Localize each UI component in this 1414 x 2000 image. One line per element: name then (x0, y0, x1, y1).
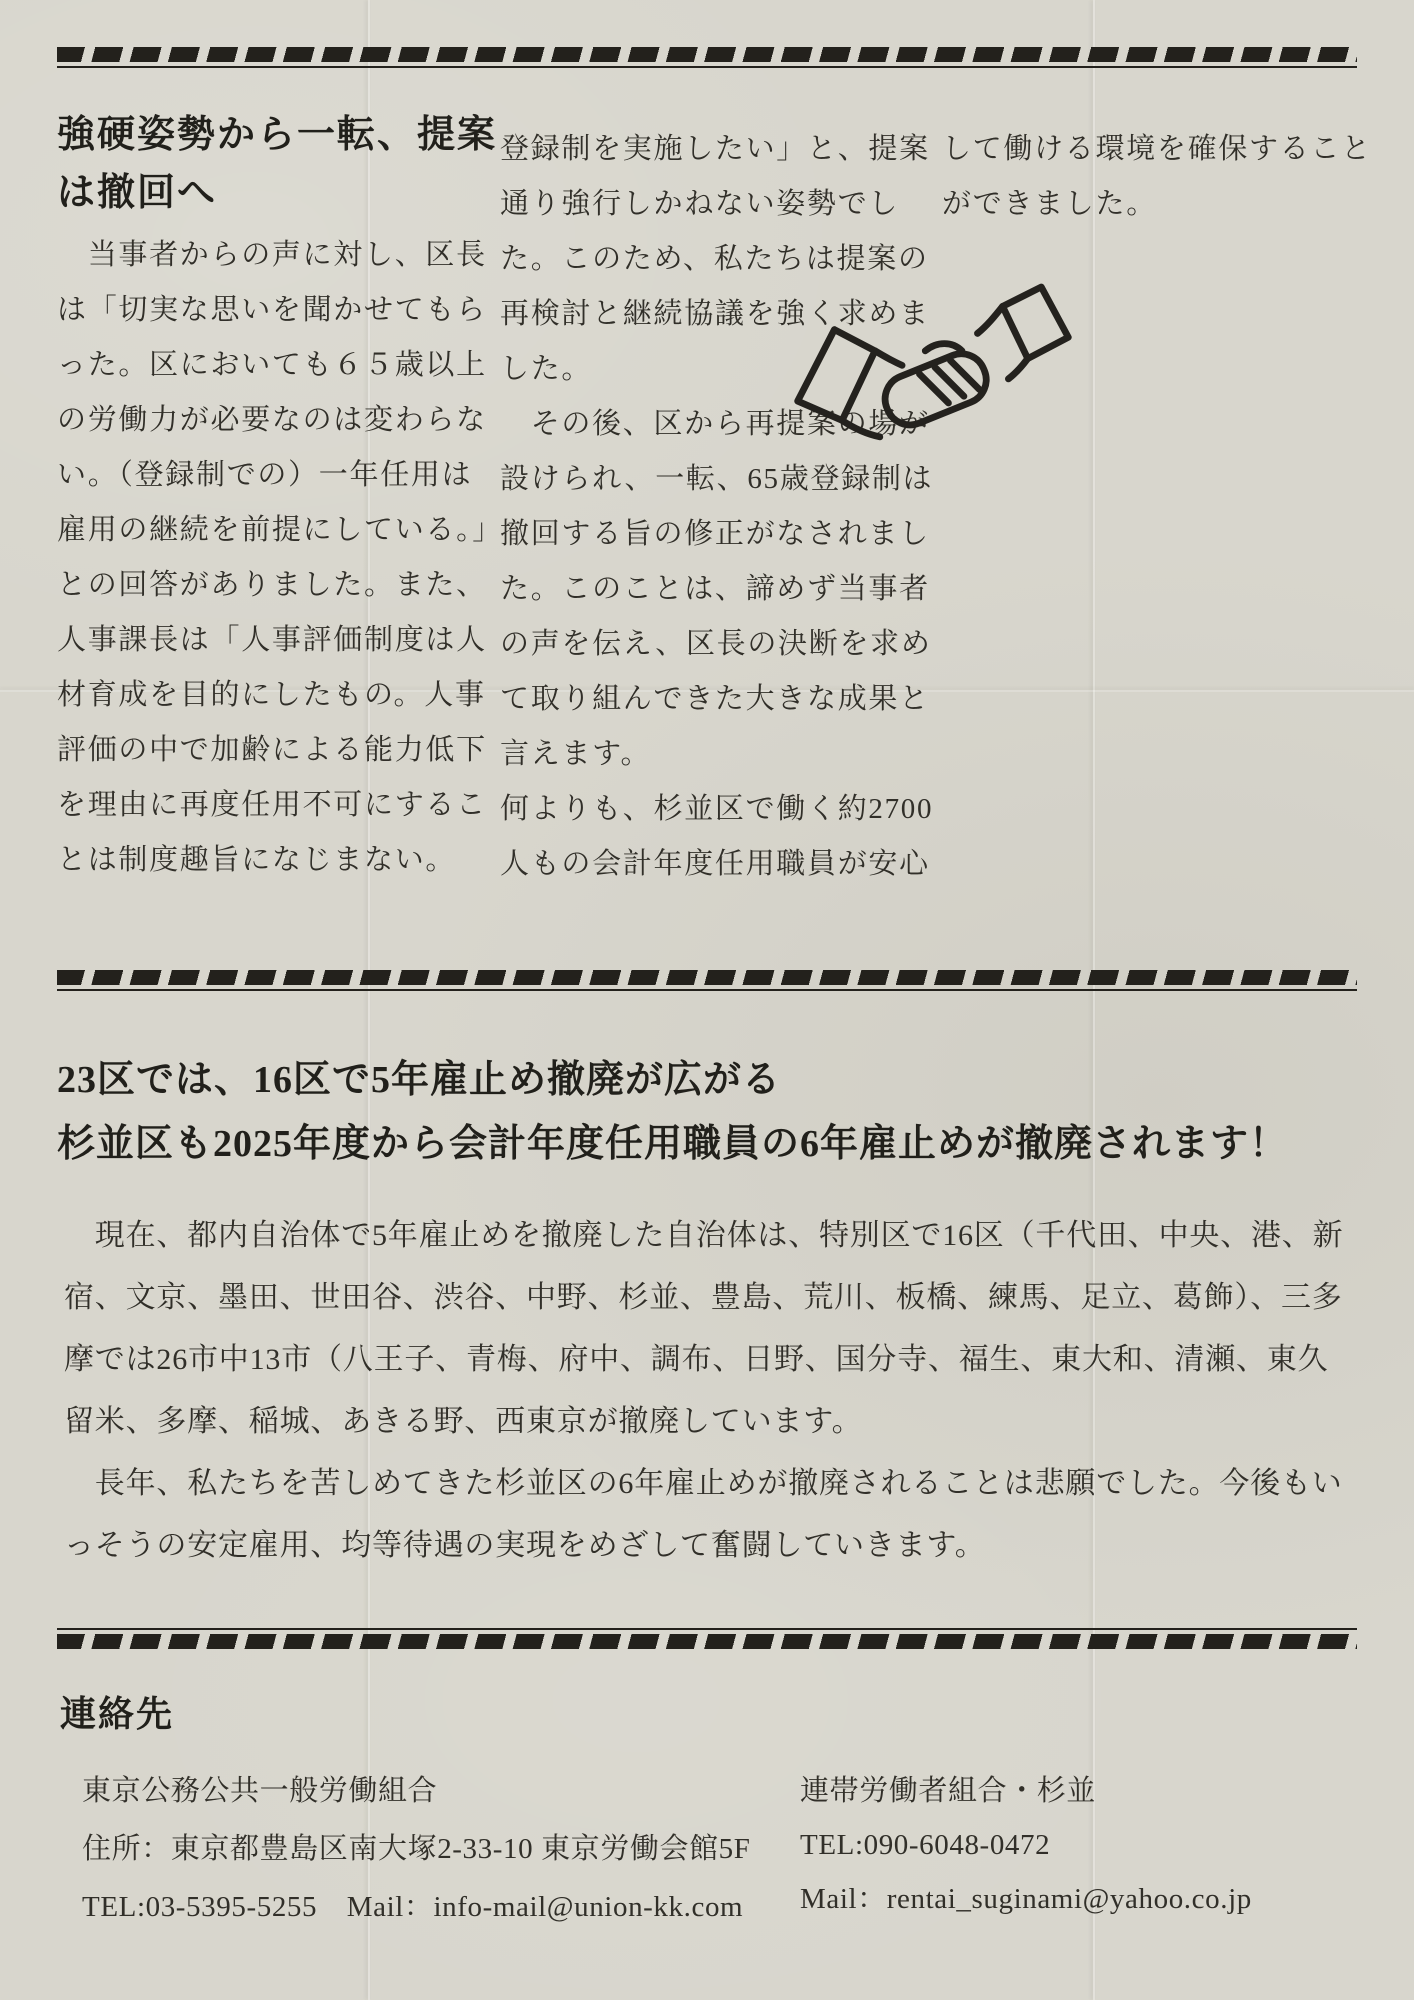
article-line: 材育成を目的にしたもの。人事 (57, 668, 503, 723)
stripe-band (57, 47, 1357, 62)
paragraph-line: 現在、都内自治体で5年雇止めを撤廃した自治体は、特別区で16区（千代田、中央、港… (64, 1205, 1343, 1267)
article-line: 通り強行しかねない姿勢でし (500, 177, 933, 232)
article-heading: 強硬姿勢から一転、提案 は撤回へ (57, 106, 497, 222)
article-heading-line: は撤回へ (57, 164, 497, 222)
article-line: て取り組んできた大きな成果と (500, 672, 933, 727)
article-column-1: 当事者からの声に対し、区長 は「切実な思いを聞かせてもら った。区においても６５… (57, 228, 503, 888)
article-line: は「切実な思いを聞かせてもら (57, 283, 503, 338)
stripe-band (57, 970, 1357, 985)
contact-org: 東京公務公共一般労働組合 (82, 1762, 751, 1820)
article-line: 当事者からの声に対し、区長 (57, 228, 503, 283)
contact-tel-mail: TEL:03-5395-5255 Mail：info-mail@union-kk… (82, 1878, 751, 1936)
article-line: との回答がありました。また、 (57, 558, 503, 613)
contact-tel: TEL:090-6048-0472 (800, 1818, 1252, 1872)
section2-heading: 23区では、16区で5年雇止め撤廃が広がる 杉並区も2025年度から会計年度任用… (57, 1048, 1288, 1176)
paragraph-line: 摩では26市中13市（八王子、青梅、府中、調布、日野、国分寺、福生、東大和、清瀬… (64, 1329, 1343, 1391)
paragraph-line: 宿、文京、墨田、世田谷、渋谷、中野、杉並、豊島、荒川、板橋、練馬、足立、葛飾）、… (64, 1267, 1343, 1329)
hazard-stripe-divider-middle (57, 970, 1357, 991)
article-line: して働ける環境を確保すること (942, 122, 1372, 177)
divider-rule (57, 989, 1357, 991)
paragraph-line: っそうの安定雇用、均等待遇の実現をめざして奮闘していきます。 (64, 1515, 1343, 1577)
stripe-band (57, 1634, 1357, 1649)
handshake-icon (788, 282, 1078, 468)
article-line: ができました。 (942, 177, 1372, 232)
section2-heading-line: 杉並区も2025年度から会計年度任用職員の6年雇止めが撤廃されます！ (57, 1112, 1288, 1176)
article-line: た。このことは、諦めず当事者 (500, 562, 933, 617)
hazard-stripe-divider-bottom (57, 1628, 1357, 1649)
article-line: 人事課長は「人事評価制度は人 (57, 613, 503, 668)
contact-mail: Mail：rentai_suginami@yahoo.co.jp (800, 1872, 1252, 1926)
article-line: い。（登録制での）一年任用は (57, 448, 503, 503)
contact-heading: 連絡先 (60, 1686, 174, 1737)
paper-crease-vertical (1093, 0, 1095, 2000)
contact-block-left: 東京公務公共一般労働組合 住所：東京都豊島区南大塚2-33-10 東京労働会館5… (82, 1762, 751, 1936)
contact-block-right: 連帯労働者組合・杉並 TEL:090-6048-0472 Mail：rentai… (800, 1764, 1252, 1926)
article-line: 人もの会計年度任用職員が安心 (500, 837, 933, 892)
contact-address: 住所：東京都豊島区南大塚2-33-10 東京労働会館5F (82, 1820, 751, 1878)
divider-rule (57, 66, 1357, 68)
article-line: とは制度趣旨になじまない。 (57, 833, 503, 888)
article-heading-line: 強硬姿勢から一転、提案 (57, 106, 497, 164)
article-line: 評価の中で加齢による能力低下 (57, 723, 503, 778)
section2-heading-line: 23区では、16区で5年雇止め撤廃が広がる (57, 1048, 1288, 1112)
article-line: を理由に再度任用不可にするこ (57, 778, 503, 833)
article-line: の声を伝え、区長の決断を求め (500, 617, 933, 672)
article-line: た。このため、私たちは提案の (500, 232, 933, 287)
article-line: 何よりも、杉並区で働く約2700 (500, 782, 933, 837)
newsletter-page: 強硬姿勢から一転、提案 は撤回へ 当事者からの声に対し、区長 は「切実な思いを聞… (0, 0, 1414, 2000)
hazard-stripe-divider-top (57, 47, 1357, 68)
article-line: 撤回する旨の修正がなされまし (500, 507, 933, 562)
article-line: った。区においても６５歳以上 (57, 338, 503, 393)
article-column-2: 登録制を実施したい」と、提案 通り強行しかねない姿勢でし た。このため、私たちは… (500, 122, 933, 892)
article-line: 登録制を実施したい」と、提案 (500, 122, 933, 177)
article-line: 言えます。 (500, 727, 933, 782)
article-column-3: して働ける環境を確保すること ができました。 (942, 122, 1372, 232)
contact-org: 連帯労働者組合・杉並 (800, 1764, 1252, 1818)
section2-body: 現在、都内自治体で5年雇止めを撤廃した自治体は、特別区で16区（千代田、中央、港… (64, 1205, 1343, 1577)
paragraph-line: 留米、多摩、稲城、あきる野、西東京が撤廃しています。 (64, 1391, 1343, 1453)
article-line: の労働力が必要なのは変わらな (57, 393, 503, 448)
paragraph-line: 長年、私たちを苦しめてきた杉並区の6年雇止めが撤廃されることは悲願でした。今後も… (64, 1453, 1343, 1515)
article-line: 雇用の継続を前提にしている。」 (57, 503, 503, 558)
